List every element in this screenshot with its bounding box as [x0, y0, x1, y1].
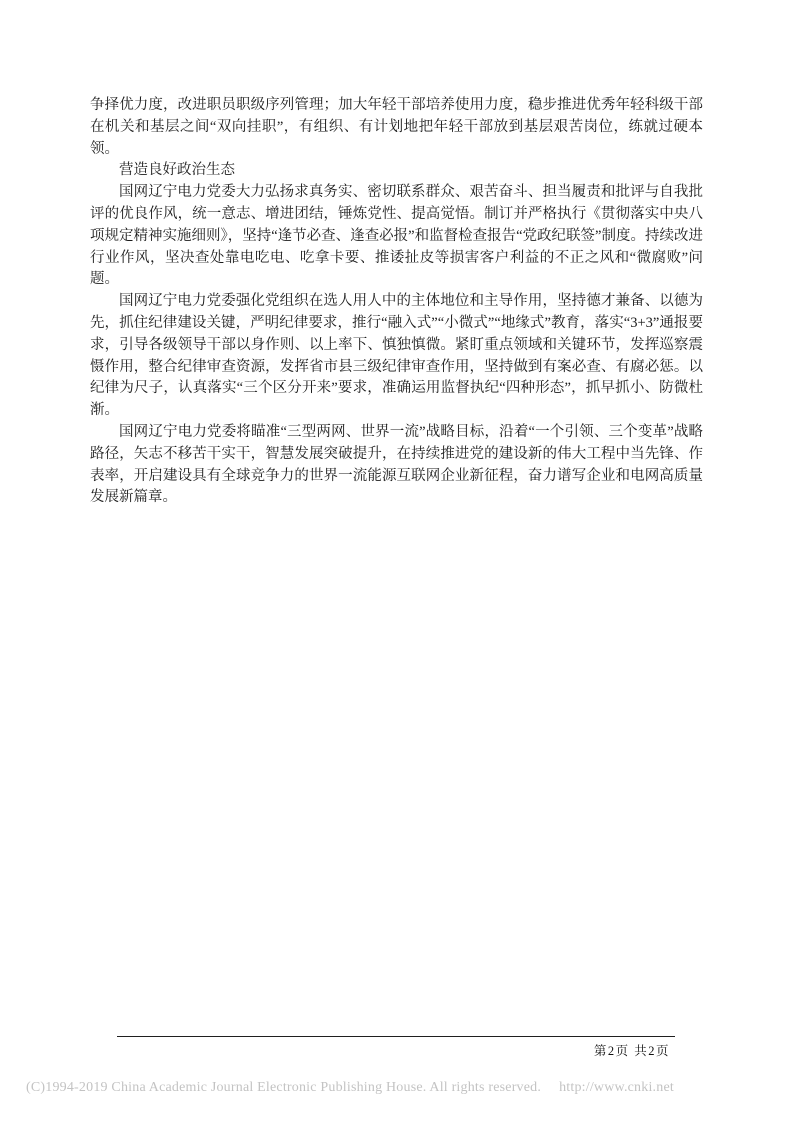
paragraph: 国网辽宁电力党委强化党组织在选人用人中的主体地位和主导作用，坚持德才兼备、以德为…	[90, 291, 703, 422]
paragraph: 国网辽宁电力党委将瞄准“三型两网、世界一流”战略目标，沿着“一个引领、三个变革”…	[90, 422, 703, 509]
copyright-notice: (C)1994-2019 China Academic Journal Elec…	[26, 1080, 766, 1096]
cnki-url-link[interactable]: http://www.cnki.net	[559, 1080, 674, 1095]
document-page: 争择优力度，改进职员职级序列管理；加大年轻干部培养使用力度，稳步推进优秀年轻科级…	[0, 0, 793, 1122]
section-heading: 营造良好政治生态	[90, 160, 703, 182]
copyright-text: (C)1994-2019 China Academic Journal Elec…	[26, 1080, 541, 1095]
paragraph-continuation: 争择优力度，改进职员职级序列管理；加大年轻干部培养使用力度，稳步推进优秀年轻科级…	[90, 95, 703, 160]
article-body: 争择优力度，改进职员职级序列管理；加大年轻干部培养使用力度，稳步推进优秀年轻科级…	[90, 95, 703, 509]
page-number: 第2页 共2页	[594, 1041, 670, 1059]
paragraph: 国网辽宁电力党委大力弘扬求真务实、密切联系群众、艰苦奋斗、担当履责和批评与自我批…	[90, 182, 703, 291]
footer-divider	[117, 1036, 675, 1037]
